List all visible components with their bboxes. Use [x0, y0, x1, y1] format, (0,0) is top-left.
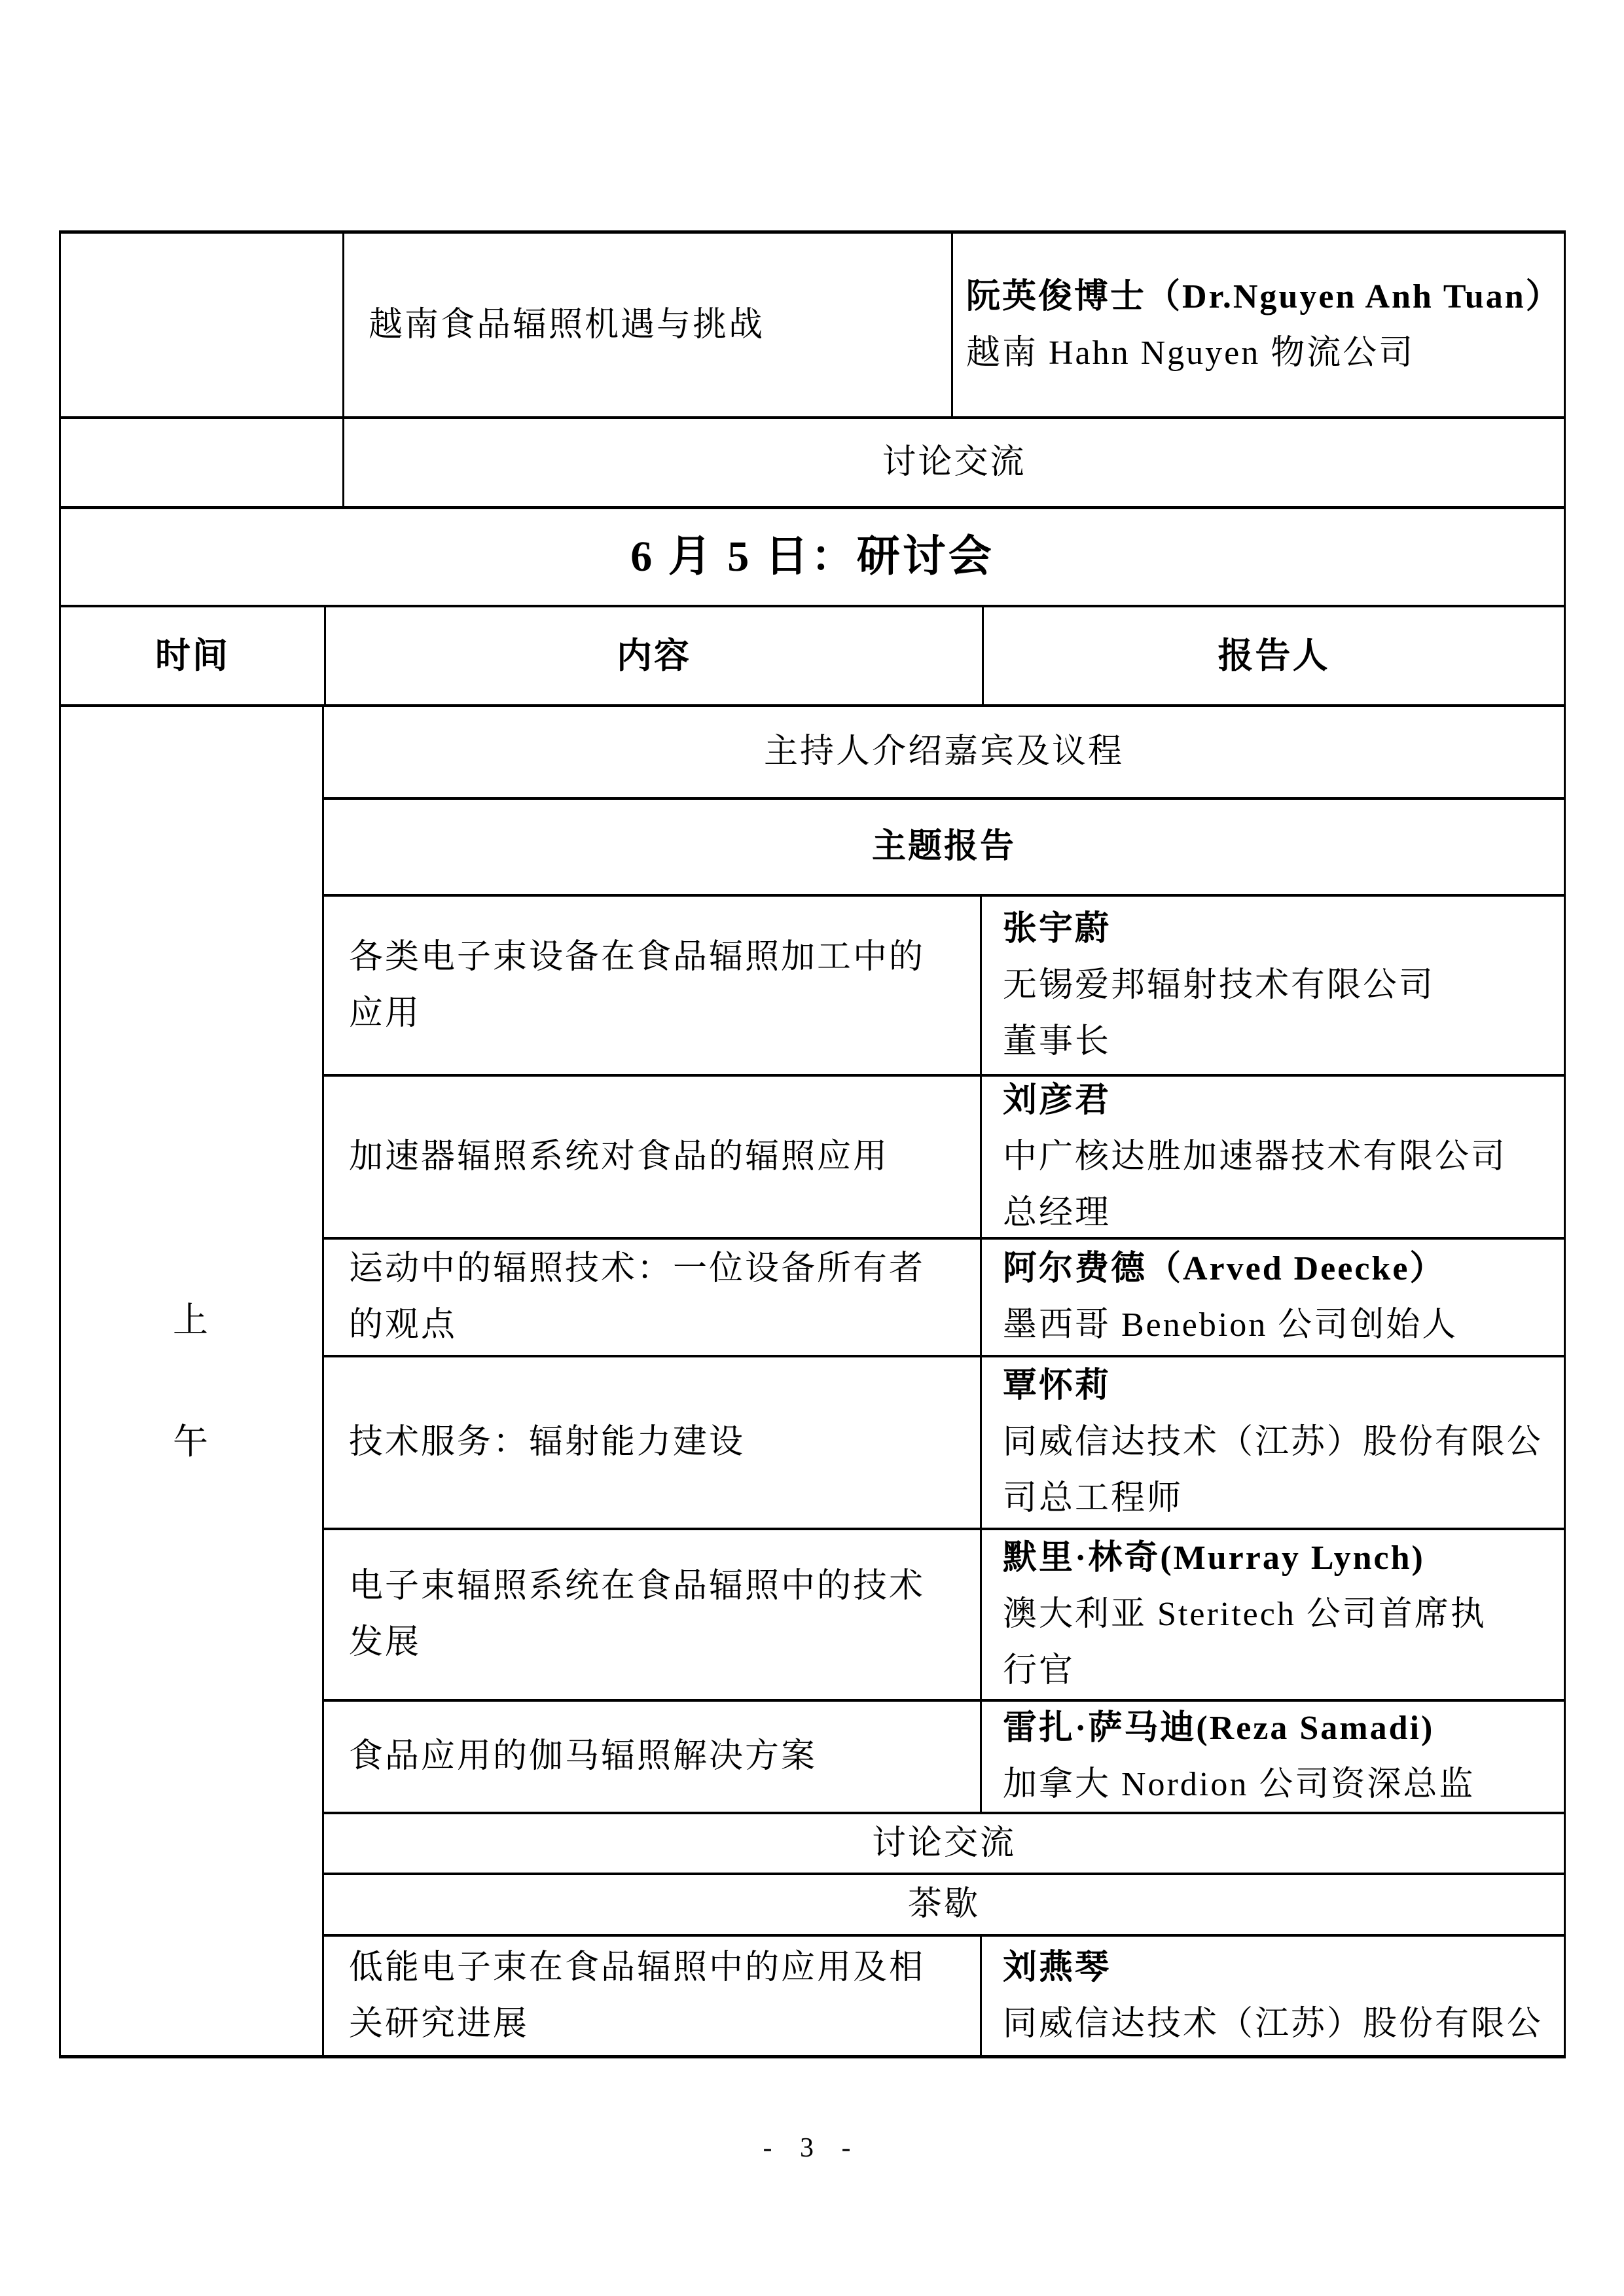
content-cell: 电子束辐照系统在食品辐照中的技术 发展 — [324, 1530, 982, 1699]
carryover-table: 越南食品辐照机遇与挑战 阮英俊博士（Dr.Nguyen Anh Tuan） 越南… — [59, 230, 1566, 506]
content-cell: 越南食品辐照机遇与挑战 — [344, 234, 953, 416]
merged-row: 主持人介绍嘉宾及议程 — [324, 707, 1564, 800]
speaker-cell: 雷扎·萨马迪(Reza Samadi) 加拿大 Nordion 公司资深总监 — [982, 1702, 1564, 1812]
table-body: 上 午 主持人介绍嘉宾及议程 主题报告 各类电子束设备在食品辐照加工中的 应用 … — [61, 707, 1564, 2055]
time-cell-empty — [61, 234, 344, 416]
time-column: 上 午 — [61, 707, 324, 2055]
speaker-cell: 默里·林奇(Murray Lynch) 澳大利亚 Steritech 公司首席执… — [982, 1530, 1564, 1699]
merged-cell: 主持人介绍嘉宾及议程 — [324, 707, 1564, 797]
merged-row: 讨论交流 — [324, 1814, 1564, 1875]
merged-row: 茶歇 — [324, 1875, 1564, 1937]
content-cell: 各类电子束设备在食品辐照加工中的 应用 — [324, 897, 982, 1074]
session-row: 食品应用的伽马辐照解决方案 雷扎·萨马迪(Reza Samadi) 加拿大 No… — [324, 1702, 1564, 1814]
speaker-name: 张宇蔚 — [1003, 901, 1551, 958]
speaker-cell: 刘彦君 中广核达胜加速器技术有限公司 总经理 — [982, 1077, 1564, 1237]
speaker-name: 雷扎·萨马迪(Reza Samadi) — [1003, 1700, 1551, 1757]
session-row: 电子束辐照系统在食品辐照中的技术 发展 默里·林奇(Murray Lynch) … — [324, 1530, 1564, 1702]
merged-cell: 主题报告 — [324, 800, 1564, 894]
time-label-line: 上 — [173, 1292, 210, 1348]
speaker-detail: 墨西哥 Benebion 公司创始人 — [1003, 1297, 1551, 1354]
speaker-detail: 澳大利亚 Steritech 公司首席执 行官 — [1003, 1587, 1551, 1699]
speaker-name: 阮英俊博士（Dr.Nguyen Anh Tuan） — [966, 269, 1551, 325]
speaker-name: 阿尔费德（Arved Deecke） — [1003, 1241, 1551, 1297]
speaker-cell: 张宇蔚 无锡爱邦辐射技术有限公司 董事长 — [982, 897, 1564, 1074]
discussion-row: 讨论交流 — [61, 419, 1564, 506]
session-row: 各类电子束设备在食品辐照加工中的 应用 张宇蔚 无锡爱邦辐射技术有限公司 董事长 — [324, 897, 1564, 1077]
header-content: 内容 — [326, 607, 984, 704]
content-cell: 食品应用的伽马辐照解决方案 — [324, 1702, 982, 1812]
speaker-cell: 阮英俊博士（Dr.Nguyen Anh Tuan） 越南 Hahn Nguyen… — [953, 234, 1564, 416]
merged-cell: 茶歇 — [324, 1875, 1564, 1934]
header-time: 时间 — [61, 607, 326, 704]
document-page: 越南食品辐照机遇与挑战 阮英俊博士（Dr.Nguyen Anh Tuan） 越南… — [0, 0, 1624, 2296]
content-cell: 低能电子束在食品辐照中的应用及相 关研究进展 — [324, 1937, 982, 2055]
speaker-name: 覃怀莉 — [1003, 1358, 1551, 1414]
speaker-detail: 加拿大 Nordion 公司资深总监 — [1003, 1757, 1551, 1813]
content-cell: 技术服务：辐射能力建设 — [324, 1357, 982, 1528]
speaker-name: 刘彦君 — [1003, 1073, 1551, 1129]
table-title: 6 月 5 日：研讨会 — [61, 509, 1564, 607]
session-row: 加速器辐照系统对食品的辐照应用 刘彦君 中广核达胜加速器技术有限公司 总经理 — [324, 1077, 1564, 1240]
content-cell: 加速器辐照系统对食品的辐照应用 — [324, 1077, 982, 1237]
content-cell: 运动中的辐照技术：一位设备所有者 的观点 — [324, 1240, 982, 1355]
merged-cell: 讨论交流 — [324, 1814, 1564, 1873]
session-topic: 越南食品辐照机遇与挑战 — [369, 297, 765, 353]
rows-column: 主持人介绍嘉宾及议程 主题报告 各类电子束设备在食品辐照加工中的 应用 张宇蔚 … — [324, 707, 1564, 2055]
session-row: 越南食品辐照机遇与挑战 阮英俊博士（Dr.Nguyen Anh Tuan） 越南… — [61, 234, 1564, 419]
header-speaker: 报告人 — [984, 607, 1564, 704]
time-cell-empty — [61, 419, 344, 506]
speaker-name: 默里·林奇(Murray Lynch) — [1003, 1530, 1551, 1587]
speaker-cell: 阿尔费德（Arved Deecke） 墨西哥 Benebion 公司创始人 — [982, 1240, 1564, 1355]
speaker-detail: 同威信达技术（江苏）股份有限公 — [1003, 1996, 1551, 2053]
speaker-detail: 越南 Hahn Nguyen 物流公司 — [966, 325, 1551, 382]
page-footer: - 3 - — [0, 2128, 1624, 2168]
speaker-name: 刘燕琴 — [1003, 1940, 1551, 1996]
speaker-detail: 中广核达胜加速器技术有限公司 总经理 — [1003, 1129, 1551, 1242]
speaker-cell: 覃怀莉 同威信达技术（江苏）股份有限公 司总工程师 — [982, 1357, 1564, 1528]
session-row: 技术服务：辐射能力建设 覃怀莉 同威信达技术（江苏）股份有限公 司总工程师 — [324, 1357, 1564, 1530]
header-row: 时间 内容 报告人 — [61, 607, 1564, 707]
time-label-line: 午 — [173, 1414, 210, 1470]
session-row: 低能电子束在食品辐照中的应用及相 关研究进展 刘燕琴 同威信达技术（江苏）股份有… — [324, 1937, 1564, 2055]
merged-cell: 讨论交流 — [344, 419, 1564, 506]
schedule-table: 6 月 5 日：研讨会 时间 内容 报告人 上 午 主持人介绍嘉宾及议程 主题报… — [59, 506, 1566, 2058]
speaker-detail: 无锡爱邦辐射技术有限公司 董事长 — [1003, 958, 1551, 1070]
session-row: 运动中的辐照技术：一位设备所有者 的观点 阿尔费德（Arved Deecke） … — [324, 1240, 1564, 1357]
merged-row: 主题报告 — [324, 800, 1564, 897]
speaker-cell: 刘燕琴 同威信达技术（江苏）股份有限公 — [982, 1937, 1564, 2055]
speaker-detail: 同威信达技术（江苏）股份有限公 司总工程师 — [1003, 1414, 1551, 1527]
